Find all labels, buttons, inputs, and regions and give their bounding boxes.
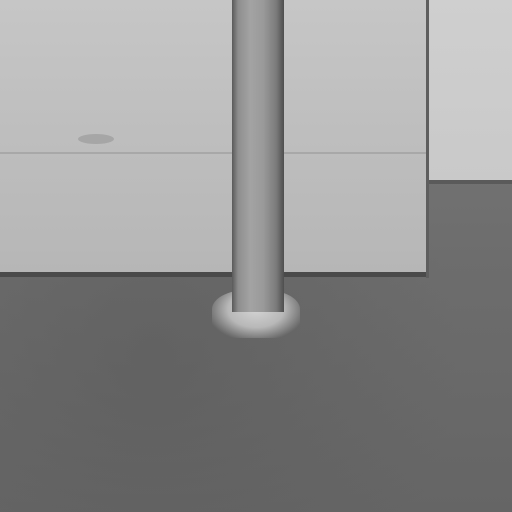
wall-base-shadow <box>0 272 428 277</box>
recessed-wall <box>428 0 512 182</box>
wall-corner-edge <box>426 0 429 278</box>
concrete-wall <box>0 0 428 276</box>
recessed-wall-base <box>428 180 512 184</box>
photo-scene <box>0 0 512 512</box>
metal-pole <box>232 0 284 312</box>
wall-joint-line <box>0 152 428 154</box>
wall-stain <box>78 134 114 144</box>
